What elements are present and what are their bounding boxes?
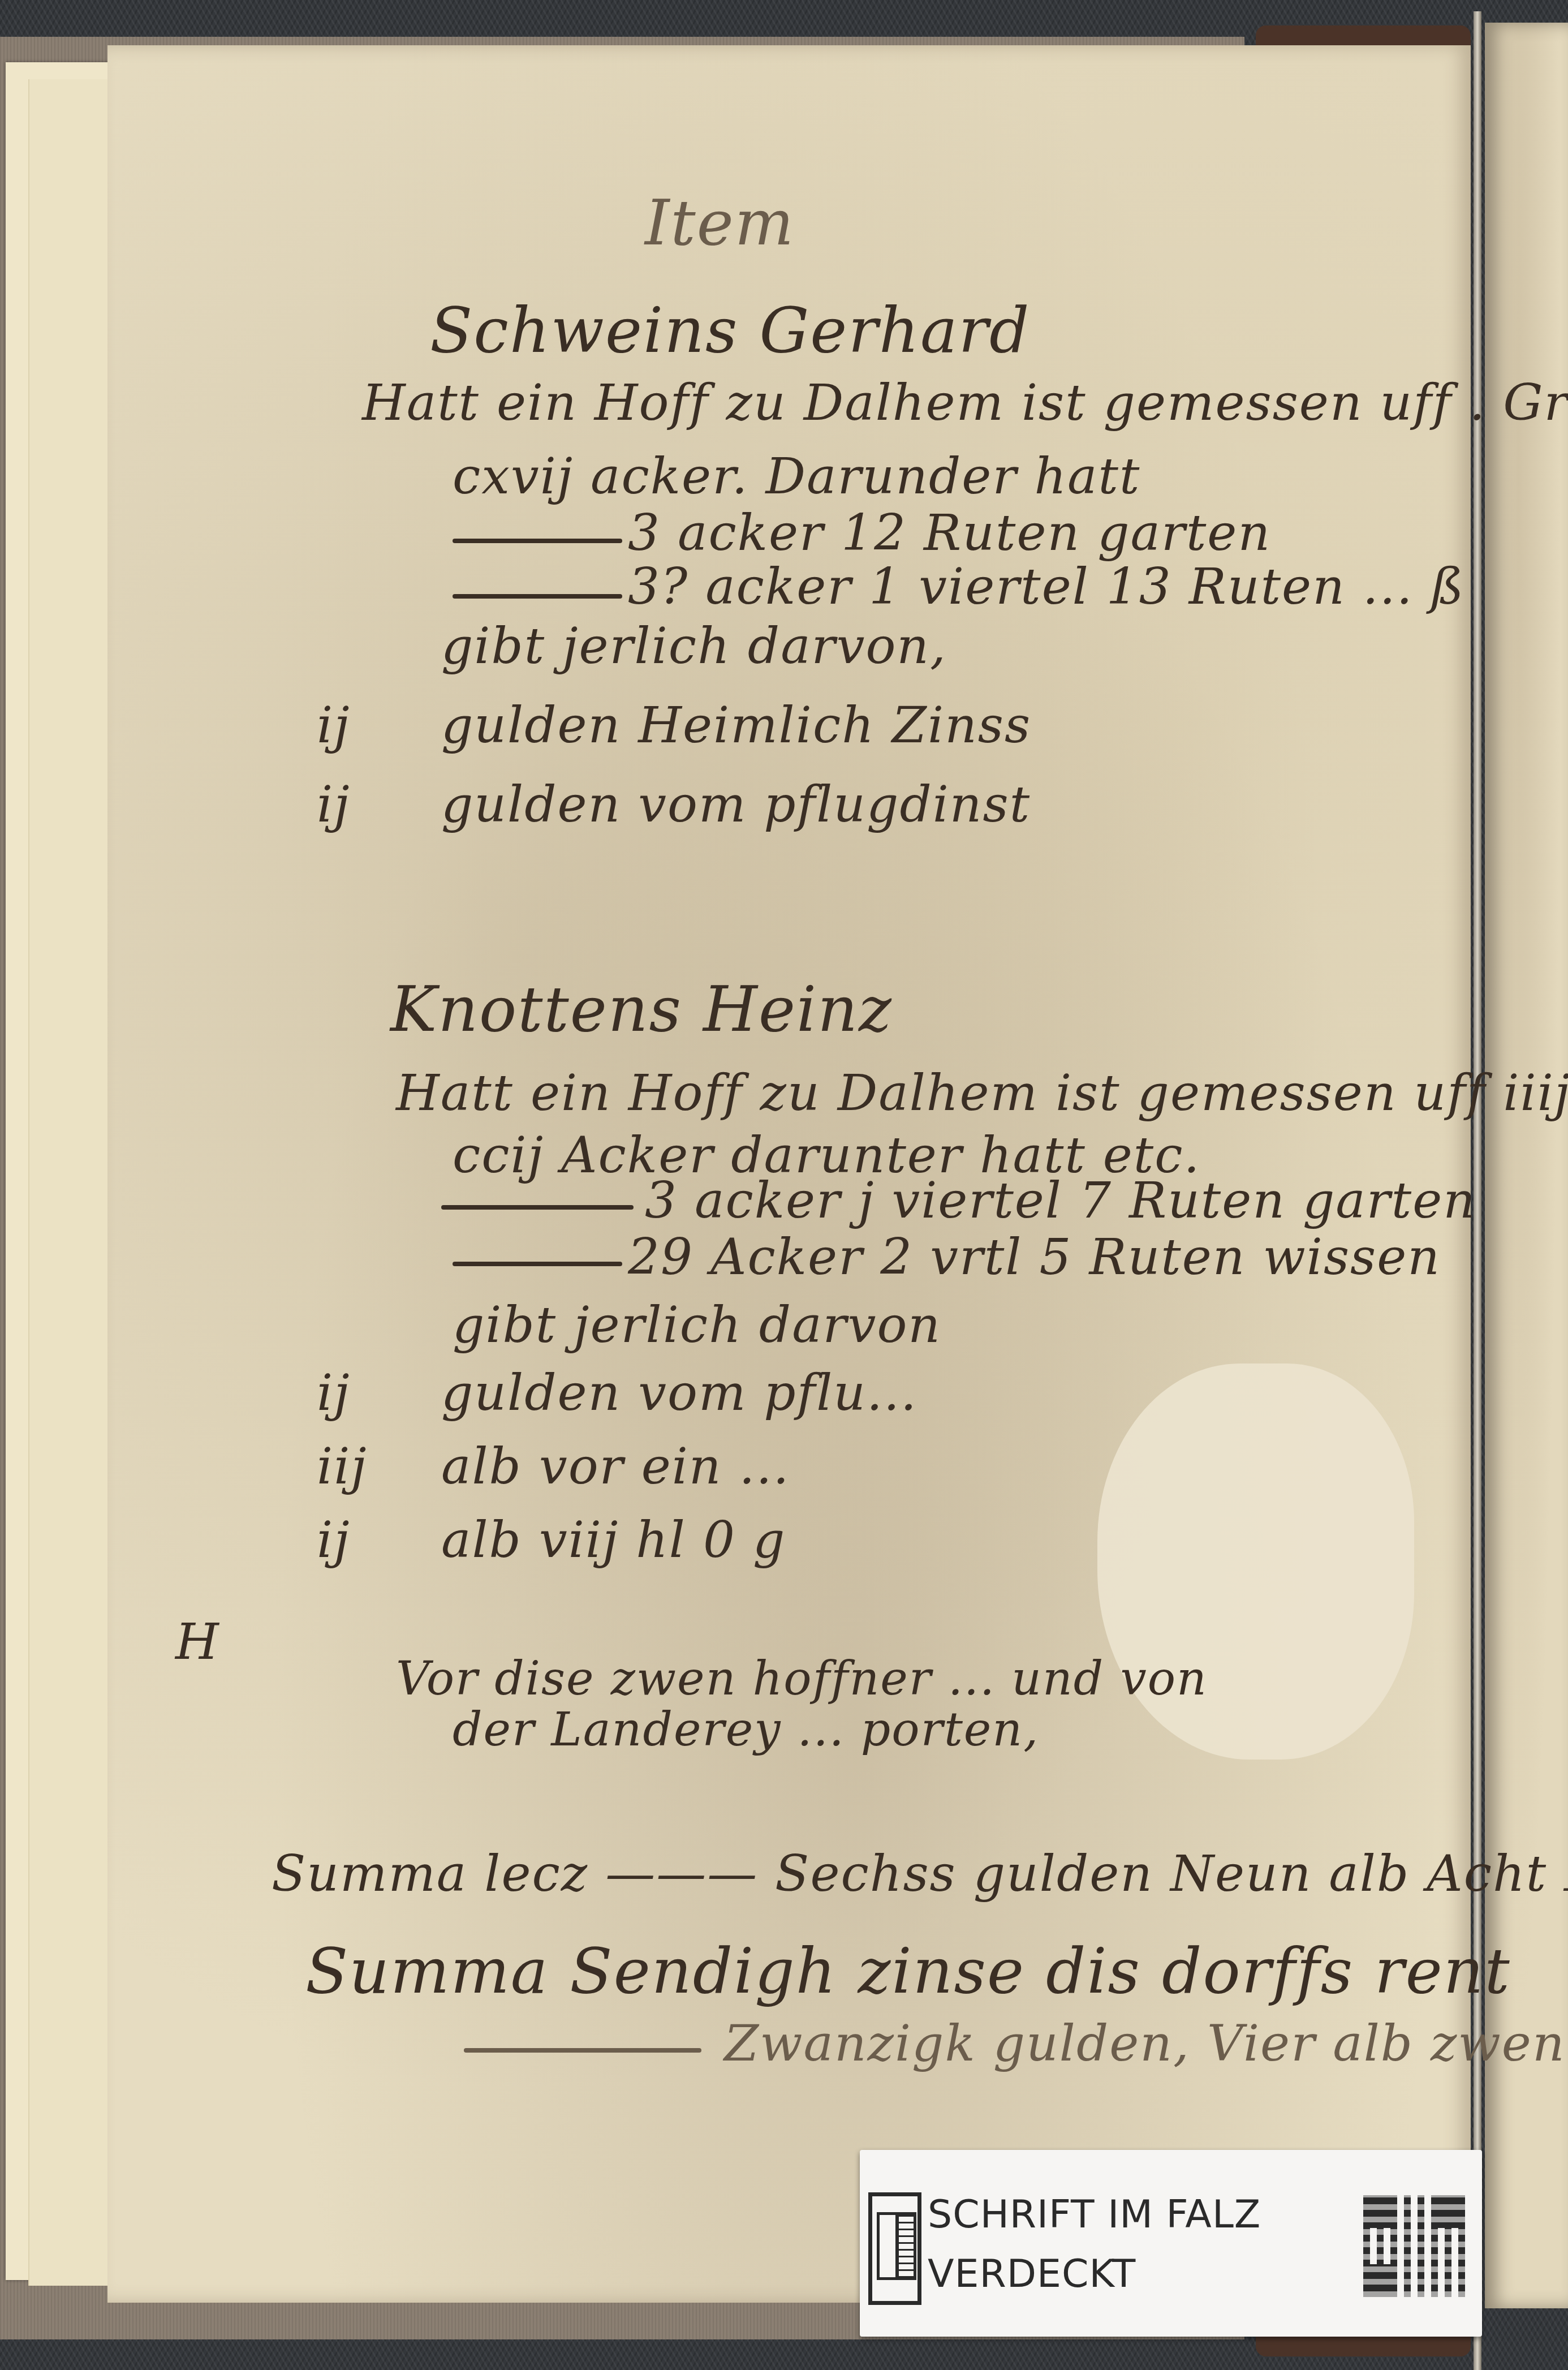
entry-line: gibt jerlich darvon, bbox=[441, 617, 947, 675]
summa-line: Summa lecz ——— Sechss gulden Neun alb Ac… bbox=[272, 1844, 1568, 1903]
label-line-1: SCHRIFT IM FALZ bbox=[928, 2192, 1261, 2237]
entry-line: gibt jerlich darvon bbox=[453, 1296, 941, 1354]
label-card: SCHRIFT IM FALZ VERDECKT bbox=[860, 2150, 1482, 2337]
entry-line: Hatt ein Hoff zu Dalhem ist gemessen uff… bbox=[362, 373, 1568, 432]
header-fragment: Item bbox=[645, 187, 795, 259]
due-qty: ij bbox=[317, 1363, 350, 1422]
dash-mark bbox=[441, 1205, 634, 1210]
due-text: alb viij hl 0 g bbox=[441, 1511, 786, 1569]
dash-mark bbox=[453, 539, 622, 543]
entry-line: cxvij acker. Darunder hatt bbox=[453, 447, 1140, 505]
due-qty: ij bbox=[317, 696, 350, 754]
margin-marker: H bbox=[175, 1612, 220, 1671]
entry-line: 3 acker 12 Ruten garten bbox=[628, 504, 1271, 562]
due-qty: ij bbox=[317, 775, 350, 833]
dash-mark bbox=[464, 2048, 701, 2053]
summa-total-2: Zwanzigk gulden, Vier alb zwen Heller bbox=[724, 2014, 1568, 2072]
entry-line: 3? acker 1 viertel 13 Ruten ... ß bbox=[628, 557, 1465, 616]
due-text: gulden vom pflugdinst bbox=[441, 775, 1031, 833]
book-gutter-icon bbox=[868, 2192, 921, 2305]
label-line-2: VERDECKT bbox=[928, 2252, 1136, 2296]
entry-heading: Knottens Heinz bbox=[390, 973, 893, 1046]
entry-heading: Schweins Gerhard bbox=[430, 294, 1030, 367]
due-text: gulden vom pflu... bbox=[441, 1363, 917, 1422]
due-qty: ij bbox=[317, 1511, 350, 1569]
entry-line: 29 Acker 2 vrtl 5 Ruten wissen bbox=[628, 1228, 1441, 1286]
due-text: alb vor ein ... bbox=[441, 1437, 790, 1495]
note-line: Vor dise zwen hoffner ... und von bbox=[396, 1652, 1208, 1706]
due-qty: iij bbox=[317, 1437, 368, 1495]
entry-line: Hatt ein Hoff zu Dalhem ist gemessen uff… bbox=[396, 1064, 1568, 1122]
dash-mark bbox=[453, 594, 622, 599]
entry-line: 3 acker j viertel 7 Ruten garten bbox=[645, 1171, 1476, 1229]
due-text: gulden Heimlich Zinss bbox=[441, 696, 1031, 754]
summa-total: Summa Sendigh zinse dis dorffs rent bbox=[305, 1935, 1511, 2007]
dash-mark bbox=[453, 1262, 622, 1266]
note-line: der Landerey ... porten, bbox=[453, 1703, 1039, 1757]
qr-code-icon bbox=[1363, 2195, 1465, 2297]
